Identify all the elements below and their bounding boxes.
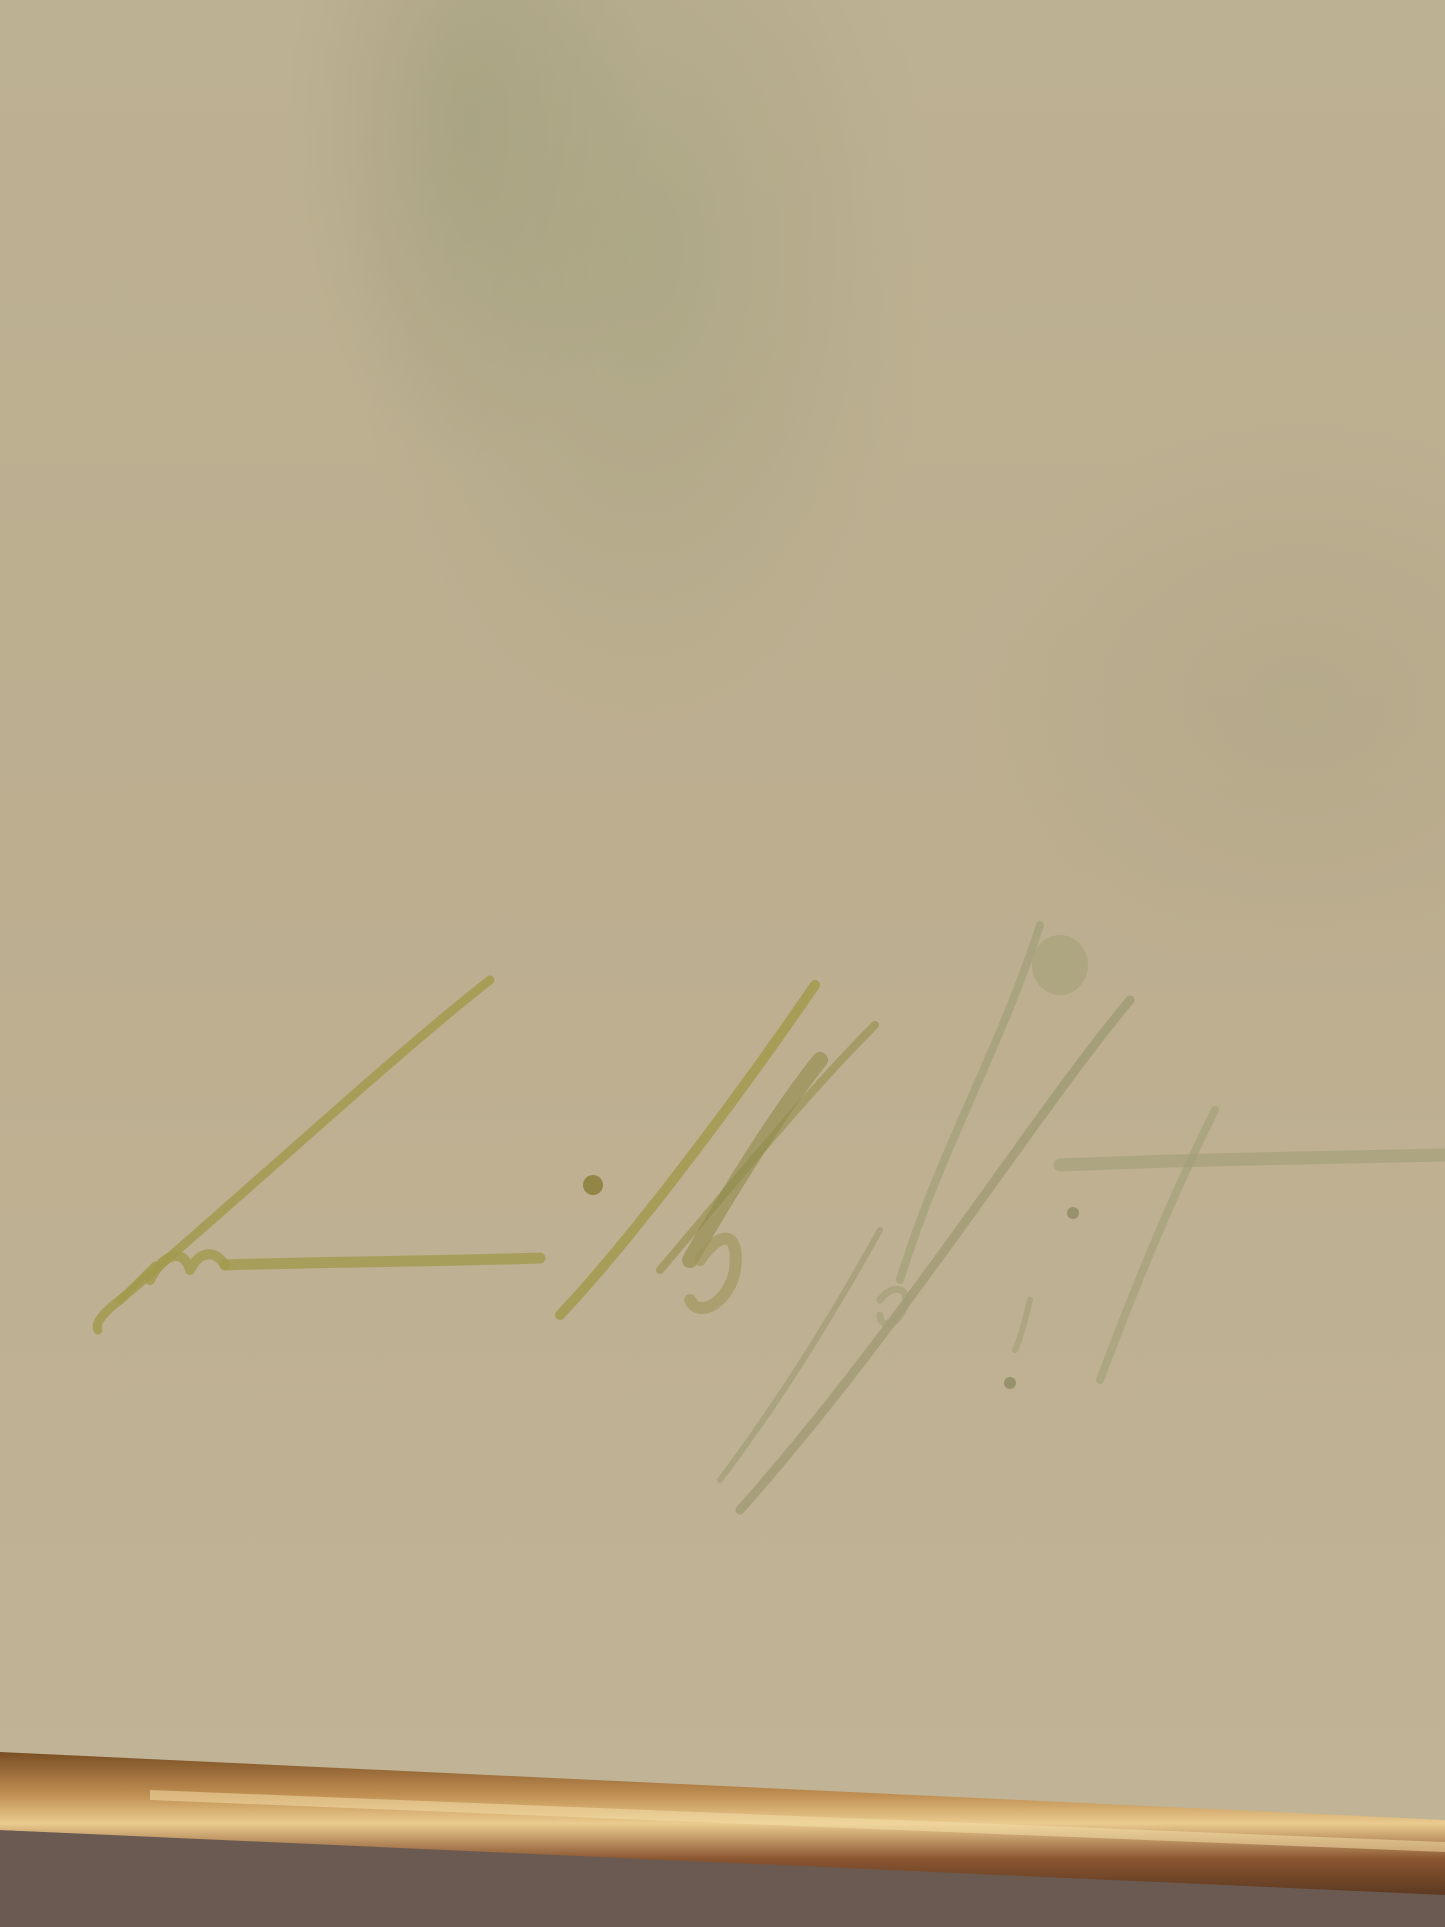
- gold-frame-edge: [0, 0, 1445, 1927]
- photo-scene: Camillo Fait: [0, 0, 1445, 1927]
